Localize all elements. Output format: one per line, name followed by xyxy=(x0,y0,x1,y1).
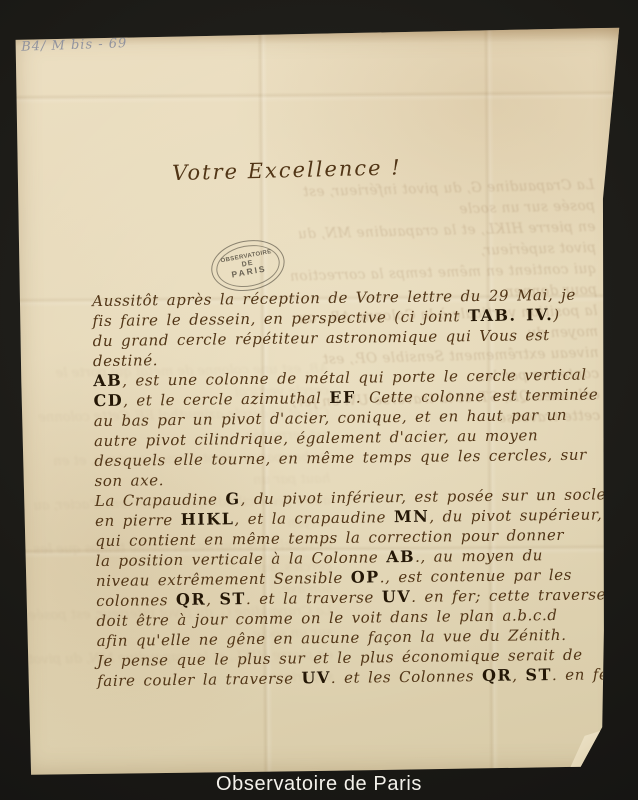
scan-background: La Crapaudine G, du pivot inférieur, est… xyxy=(0,0,638,800)
letter-salutation: Votre Excellence ! xyxy=(172,155,402,185)
bleedthrough-line: La Crapaudine G, du pivot inférieur, est… xyxy=(258,175,595,225)
folded-corner xyxy=(566,721,626,776)
observatory-stamp: OBSERVATOIRE DE PARIS xyxy=(207,234,289,297)
archival-shelfmark: B4/ M bis - 69 xyxy=(21,36,128,55)
caption-label: Observatoire de Paris xyxy=(216,773,422,796)
caption-bar: Observatoire de Paris xyxy=(0,768,638,800)
letter-page: La Crapaudine G, du pivot inférieur, est… xyxy=(13,28,627,777)
stamp-line-paris: PARIS xyxy=(231,265,267,281)
letter-body: Aussitôt après la réception de Votre let… xyxy=(92,285,589,691)
bleedthrough-line: en pierre HIKL, et la crapaudine MN, du … xyxy=(259,217,596,267)
observatory-stamp-text: OBSERVATOIRE DE PARIS xyxy=(213,240,283,292)
